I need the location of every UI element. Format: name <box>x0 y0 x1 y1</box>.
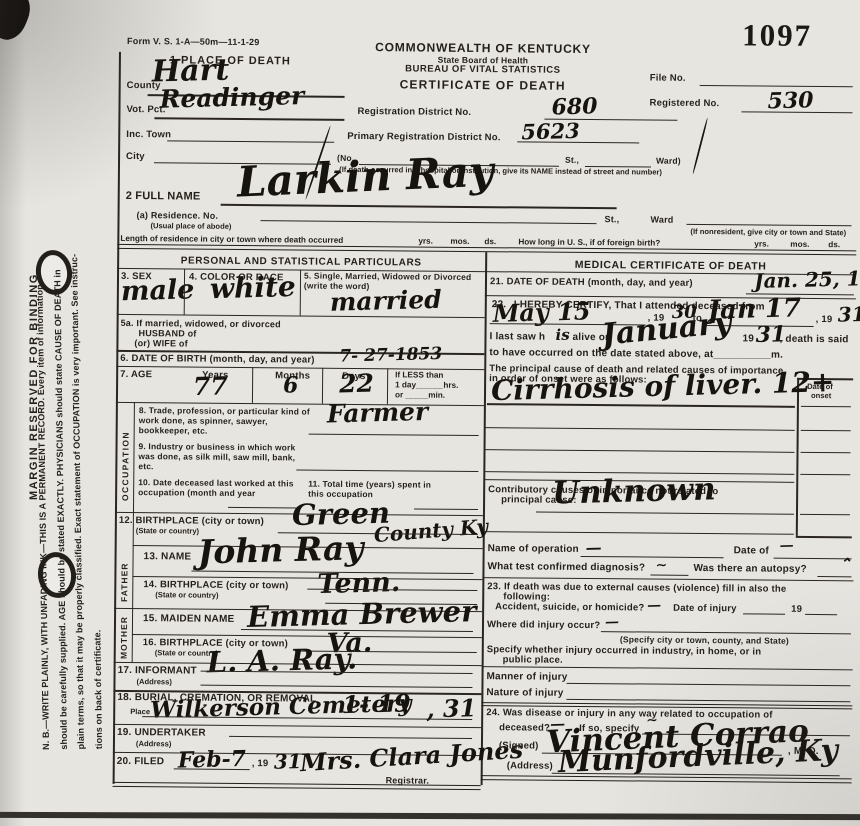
burial-date-value: 1- 19 <box>342 691 411 717</box>
age-months-value: 6 <box>283 374 299 396</box>
vot-pct-value: Readinger <box>159 83 304 112</box>
registration-district-label: Registration District No. <box>357 106 471 118</box>
trade-line <box>309 434 479 436</box>
city-st-label: St., <box>565 155 579 165</box>
last-saw-19-label: 19 <box>742 333 754 344</box>
undertaker-label: 19. UNDERTAKER <box>117 727 206 739</box>
autopsy-line <box>817 576 851 577</box>
onset-dash-1 <box>801 406 851 407</box>
residence-line <box>261 220 597 224</box>
father-name-value: John Ray <box>197 531 364 568</box>
occupation-side-label: OCCUPATION <box>120 431 131 501</box>
informant-line2 <box>200 685 472 688</box>
age-years-value: 77 <box>193 373 228 399</box>
injury-19-line <box>805 614 837 615</box>
occupation-cell-divider <box>132 402 135 662</box>
informant-sub-label: (Address) <box>136 677 172 686</box>
onset-dash-3 <box>801 452 851 453</box>
registration-district-value: 680 <box>551 95 597 118</box>
age-div2 <box>322 368 323 404</box>
where-injury-sub: (Specify city or town, county, and State… <box>620 634 789 645</box>
registrar-signature: Mrs. Clara Jones <box>299 738 523 776</box>
manner-injury-line <box>566 683 850 686</box>
date-of-death-label: 21. DATE OF DEATH (month, day, and year) <box>490 276 693 289</box>
age-label: 7. AGE <box>120 369 152 380</box>
attended-from-value: May 15 <box>492 299 590 326</box>
full-name-line <box>221 204 617 209</box>
sex-color-divider <box>184 268 185 314</box>
personal-title: PERSONAL AND STATISTICAL PARTICULARS <box>117 255 485 269</box>
husband-line3: (or) WIFE of <box>134 338 187 348</box>
operation-dash: — <box>585 540 601 556</box>
trade-label: 8. Trade, profession, or particular kind… <box>139 406 311 437</box>
filed-year-value: 31 <box>274 751 302 772</box>
autopsy-label: Was there an autopsy? <box>693 563 806 575</box>
city-label: City <box>126 151 145 162</box>
operation-line <box>581 556 724 558</box>
injury-19-label: 19 <box>791 604 802 615</box>
filed-19-label: , 19 <box>252 758 269 769</box>
onset-dash-5 <box>800 514 850 515</box>
howlong-mos: mos. <box>790 240 809 249</box>
father-name-label: 13. NAME <box>144 551 192 562</box>
dob-label: 6. DATE OF BIRTH (month, day, and year) <box>120 353 314 366</box>
father-side-label: FATHER <box>119 563 129 602</box>
age-div1 <box>252 367 253 403</box>
residence-sub-label: (Usual place of abode) <box>150 221 231 231</box>
address-label: (Address) <box>507 760 553 771</box>
age-days-value: 22 <box>339 371 374 397</box>
cause-blank-1 <box>485 427 795 431</box>
howlong-yrs: yrs. <box>754 239 769 248</box>
birthplace-value2: County Ky <box>373 516 488 545</box>
registered-no-label: Registered No. <box>650 98 720 110</box>
certificate-form: Form V. S. 1-A—50m—11-1-29 1 PLACE OF DE… <box>0 0 860 826</box>
howlong-ds: ds. <box>828 240 840 249</box>
burial-place-label: Place <box>130 707 150 716</box>
accident-dash: — <box>647 598 661 612</box>
city-ward-label: Ward) <box>656 156 681 166</box>
burial-year-value: , 31 <box>426 696 477 721</box>
cause-of-death-value: Cirrhosis of liver. 12+ <box>491 368 835 405</box>
vot-pct-line <box>154 117 344 121</box>
primary-reg-value: 5623 <box>521 120 580 143</box>
father-bp-sub-label: (State or country) <box>155 590 218 600</box>
date-of-death-value: Jan. 25, 1931 <box>754 267 860 291</box>
mother-side-label: MOTHER <box>119 616 129 659</box>
length-mos: mos. <box>450 237 469 246</box>
to-year-value: 31 <box>837 304 860 325</box>
autopsy-mark: ⌃ <box>839 557 851 571</box>
test-dash: ∼ <box>655 559 667 573</box>
last-saw-value: January <box>600 309 732 351</box>
last-worked-label: 10. Date deceased last worked at this oc… <box>138 478 306 499</box>
test-line <box>650 575 688 576</box>
length-ds: ds. <box>484 237 496 246</box>
length-yrs: yrs. <box>418 237 433 246</box>
certificate-number-stamp: 1097 <box>742 17 812 54</box>
father-bp-value: Tenn. <box>317 569 401 598</box>
last-worked-line <box>228 507 298 509</box>
last-saw-label1: I last saw h <box>489 331 545 342</box>
file-no-label: File No. <box>650 73 686 84</box>
death-certificate-scan: MARGIN RESERVED FOR BINDING N. B.—WRITE … <box>0 0 860 826</box>
onset-box-bottom <box>796 536 852 538</box>
onset-box-left <box>796 378 799 536</box>
cause-line <box>487 403 795 408</box>
contributory-value: Unknown <box>552 474 716 509</box>
operation-date-label: Date of <box>734 545 769 556</box>
residence-ward-label: Ward <box>650 215 673 225</box>
inc-town-line <box>167 140 334 142</box>
where-injury-label: Where did injury occur? <box>487 619 600 631</box>
total-time-line <box>414 508 478 510</box>
residence-ward-line <box>686 224 851 226</box>
age-less-line1: If LESS than <box>395 370 443 379</box>
onset-dash-2 <box>801 430 851 431</box>
operation-date-dash: — <box>780 539 794 553</box>
registered-no-value: 530 <box>767 89 813 112</box>
industry-line <box>296 469 478 472</box>
pen-stroke-1 <box>692 118 708 175</box>
color-value: white <box>210 273 297 303</box>
industry-label: 9. Industry or business in which work wa… <box>138 442 310 473</box>
mother-name-label: 15. MAIDEN NAME <box>143 613 234 625</box>
accident-label: Accident, suicide, or homicide? <box>495 601 644 613</box>
test-label: What test confirmed diagnosis? <box>487 561 645 573</box>
related-label2: deceased? <box>499 722 550 733</box>
right-bottom-rule <box>481 775 852 783</box>
nature-injury-line <box>566 699 850 702</box>
full-name-label: 2 FULL NAME <box>126 190 201 203</box>
certificate-heading: CERTIFICATE OF DEATH <box>366 77 600 93</box>
dob-value: 7- 27-1853 <box>339 346 442 366</box>
last-saw-label3: , death is said <box>779 334 848 346</box>
age-less-line2: 1 day______hrs. <box>395 380 458 390</box>
occurred-label: to have occurred on the date stated abov… <box>489 347 783 361</box>
residence-st-label: St., <box>604 214 619 224</box>
marital-value: married <box>330 287 443 315</box>
birthplace-sub-label: (State or country) <box>136 526 199 536</box>
color-marital-divider <box>300 269 301 315</box>
onset-dash-4 <box>800 474 850 475</box>
file-no-line <box>700 85 853 87</box>
contrib-blank <box>484 531 794 535</box>
primary-reg-label: Primary Registration District No. <box>347 131 500 143</box>
inc-town-label: Inc. Town <box>126 129 171 140</box>
specify-label2: public place. <box>503 654 563 666</box>
date-injury-label: Date of injury <box>673 603 737 615</box>
operation-label: Name of operation <box>488 543 579 555</box>
filed-label: 20. FILED <box>117 756 164 767</box>
last-saw-fill: is <box>555 328 570 343</box>
husband-line2: HUSBAND of <box>138 328 196 339</box>
age-top-rule <box>116 366 484 370</box>
date-injury-line <box>743 613 785 614</box>
residence-label: (a) Residence. No. <box>137 210 219 221</box>
full-name-value: Larkin Ray <box>236 150 494 203</box>
how-long-label: How long in U. S., if of foreign birth? <box>518 237 660 247</box>
signed-label: (Signed) <box>499 740 539 751</box>
undertaker-sub-label: (Address) <box>136 739 172 748</box>
bureau-heading: BUREAU OF VITAL STATISTICS <box>366 63 600 76</box>
to-19-label: , 19 <box>816 314 833 325</box>
informant-label: 17. INFORMANT <box>118 665 197 677</box>
trade-value: Farmer <box>327 399 429 427</box>
cause-blank-2 <box>485 449 795 453</box>
manner-injury-label: Manner of injury <box>486 671 567 683</box>
length-residence-label: Length of residence in city or town wher… <box>120 234 343 245</box>
form-number: Form V. S. 1-A—50m—11-1-29 <box>127 36 260 47</box>
undertaker-line <box>229 736 472 739</box>
contrib-line <box>536 512 794 515</box>
manner-top-rule <box>482 666 853 670</box>
nature-injury-label: Nature of injury <box>486 687 563 699</box>
nonresident-note: (If nonresident, give city or town and S… <box>690 227 846 237</box>
where-injury-dash: — <box>605 615 619 629</box>
